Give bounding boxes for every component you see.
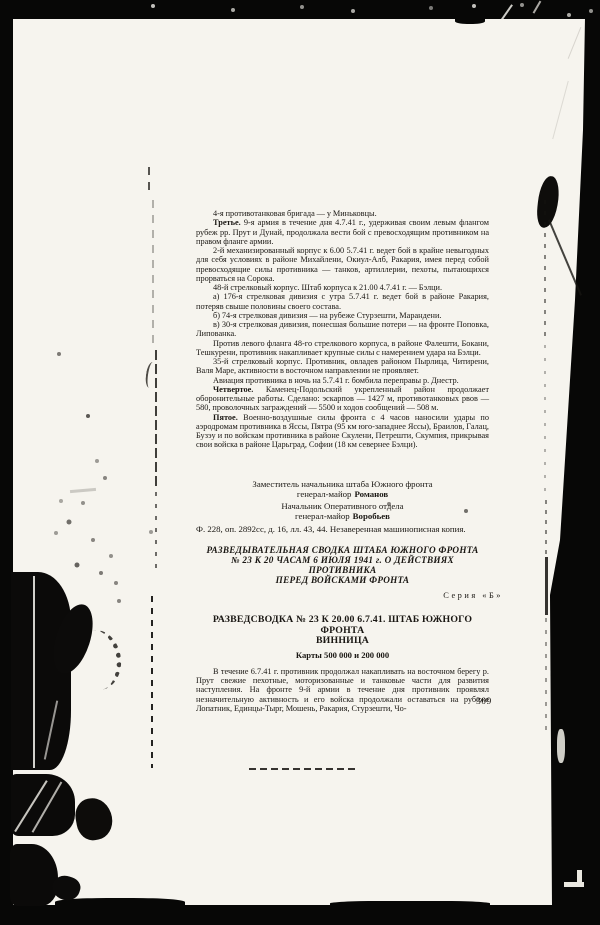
signature-name: Воробьев — [353, 511, 390, 521]
subreport-title-line-1: РАЗВЕДСВОДКА № 23 К 20.00 6.7.41. ШТАБ Ю… — [196, 615, 489, 636]
paragraph: а) 176-я стрелковая дивизия с утра 5.7.4… — [196, 292, 489, 311]
intro-paragraph: В течение 6.7.41 г. противник продолжал … — [196, 667, 489, 713]
paragraph-lead: Четвертое. — [213, 385, 253, 394]
page-number: 309 — [476, 697, 492, 707]
paragraph: б) 74-я стрелковая дивизия — на рубеже С… — [196, 311, 489, 320]
paragraph-lead: Пятое. — [213, 413, 238, 422]
white-notch-right-band — [557, 729, 565, 763]
paragraph: в) 30-я стрелковая дивизия, понесшая бол… — [196, 320, 489, 339]
signature-block: Заместитель начальника штаба Южного фрон… — [196, 479, 489, 521]
subreport-title-line-2: ВИННИЦА — [196, 636, 489, 647]
paragraph-text: 35-й стрелковый корпус. Противник, овлад… — [196, 357, 489, 375]
paragraph-text: Авиация противника в ночь на 5.7.41 г. б… — [213, 376, 459, 385]
signature-line: генерал-майорРоманов — [196, 489, 489, 499]
paragraph: 4-я противотанковая бригада — у Миньковц… — [196, 209, 489, 218]
gutter-line-right — [544, 345, 546, 495]
paragraph: 2-й механизированный корпус к 6.00 5.7.4… — [196, 246, 489, 283]
paragraph-text: 9-я армия в течение дня 4.7.41 г., удерж… — [196, 218, 489, 246]
scan-border-bottom-bump — [330, 901, 490, 909]
signature-name: Романов — [354, 489, 388, 499]
paragraph: Авиация противника в ночь на 5.7.41 г. б… — [196, 376, 489, 385]
signature-line: генерал-майорВоробьев — [196, 511, 489, 521]
scan-border-top — [0, 0, 600, 19]
gutter-line-left — [155, 492, 157, 570]
gutter-line-left — [148, 167, 150, 191]
paragraph: 48-й стрелковый корпус. Штаб корпуса к 2… — [196, 283, 489, 292]
scan-border-top-bump — [455, 17, 485, 24]
paragraph-text: 48-й стрелковый корпус. Штаб корпуса к 2… — [213, 283, 442, 292]
gutter-line-right — [545, 500, 547, 555]
paragraph: 35-й стрелковый корпус. Противник, овлад… — [196, 357, 489, 376]
paragraph-lead: Третье. — [213, 218, 241, 227]
paragraph-text: Против левого фланга 48-го стрелкового к… — [196, 339, 489, 357]
report-title: РАЗВЕДЫВАТЕЛЬНАЯ СВОДКА ШТАБА ЮЖНОГО ФРО… — [196, 545, 489, 586]
signature-position: Начальник Оперативного отдела — [196, 501, 489, 511]
paragraph-text: б) 74-я стрелковая дивизия — на рубеже С… — [213, 311, 441, 320]
gutter-line-right — [545, 618, 547, 738]
series-label: Серия «Б» — [196, 591, 503, 600]
body-text-block: 4-я противотанковая бригада — у Миньковц… — [196, 209, 489, 474]
maps-note: Карты 500 000 и 200 000 — [196, 650, 489, 660]
signature-rank: генерал-майор — [297, 489, 352, 499]
paragraph: Четвертое. Каменец-Подольский укрепленны… — [196, 385, 489, 413]
white-corner-mark — [564, 882, 584, 887]
gutter-line-right — [545, 557, 548, 615]
scan-border-bottom-bump — [55, 898, 185, 908]
signature-position: Заместитель начальника штаба Южного фрон… — [196, 479, 489, 489]
subreport-title: РАЗВЕДСВОДКА № 23 К 20.00 6.7.41. ШТАБ Ю… — [196, 615, 489, 647]
paragraph-text: в) 30-я стрелковая дивизия, понесшая бол… — [196, 320, 489, 338]
report-title-line-2: № 23 К 20 ЧАСАМ 6 ИЮЛЯ 1941 г. О ДЕЙСТВИ… — [196, 555, 489, 575]
ink-blob-white-vein — [33, 576, 35, 768]
paragraph-text: 4-я противотанковая бригада — у Миньковц… — [213, 209, 377, 218]
paragraph-text: Военно-воздушные силы фронта с 4 часов н… — [196, 413, 489, 450]
paragraph-text: 2-й механизированный корпус к 6.00 5.7.4… — [196, 246, 489, 283]
scanned-document-page: 4-я противотанковая бригада — у Миньковц… — [0, 0, 600, 925]
paragraph: Пятое. Военно-воздушные силы фронта с 4 … — [196, 413, 489, 450]
signature-rank: генерал-майор — [295, 511, 350, 521]
gutter-line-right — [544, 200, 546, 340]
scan-border-bottom — [0, 905, 600, 925]
white-specks — [0, 0, 2, 2]
gutter-line-left — [151, 596, 153, 768]
paragraph: Против левого фланга 48-го стрелкового к… — [196, 339, 489, 358]
report-title-line-3: ПЕРЕД ВОЙСКАМИ ФРОНТА — [196, 575, 489, 585]
horizontal-dashed-mark — [249, 768, 359, 770]
archive-reference: Ф. 228, оп. 2892сс, д. 16, лл. 43, 44. Н… — [196, 525, 489, 535]
text-column: 4-я противотанковая бригада — у Миньковц… — [196, 209, 489, 713]
report-title-line-1: РАЗВЕДЫВАТЕЛЬНАЯ СВОДКА ШТАБА ЮЖНОГО ФРО… — [196, 545, 489, 555]
paragraph-text: а) 176-я стрелковая дивизия с утра 5.7.4… — [196, 292, 489, 310]
gutter-line-left — [152, 200, 154, 348]
paragraph: Третье. 9-я армия в течение дня 4.7.41 г… — [196, 218, 489, 246]
